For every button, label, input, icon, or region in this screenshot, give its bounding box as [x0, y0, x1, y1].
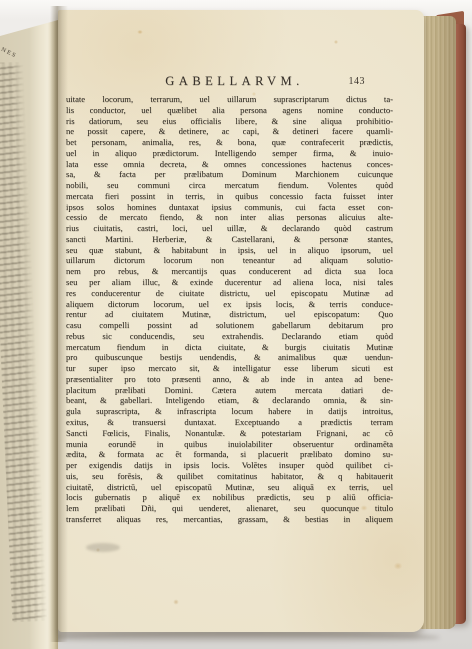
- text-line: Sancti Fœlicis, Finalis, Nonantulæ. & po…: [66, 428, 393, 439]
- text-line: gula suprascripta, & infrascripta locum …: [66, 406, 393, 417]
- text-line: sancti Martini. Herberiæ, & Castellarani…: [66, 234, 393, 245]
- text-line: pro quibuscunque bestijs uendendis, & an…: [66, 352, 393, 363]
- text-line: tur super ipso mercato sit, & intelligat…: [66, 363, 393, 374]
- text-line: lis conductor, uel quælibet alia persona…: [66, 105, 393, 116]
- book-photograph: { "book_photo": { "left_page_visible_tex…: [0, 0, 472, 649]
- ink-smudge: [86, 543, 120, 552]
- text-line: uel in aliquo prædictorum. Intelligendo …: [66, 148, 393, 159]
- text-line: locis gubernatis p aliquē ex nobilibus p…: [66, 492, 393, 503]
- text-line: uitate locorum, terrarum, uel uillarum s…: [66, 94, 393, 105]
- left-page-header-fragment: NES: [0, 46, 18, 60]
- text-line: res conducerentur de ciuitate districtu,…: [66, 288, 393, 299]
- text-line: lem prælibati Dñi, qui uenderet, alienar…: [66, 503, 393, 514]
- text-line: ris datiorum, seu eius officialis libere…: [66, 116, 393, 127]
- text-line: uillarum dictorum locorum non teneantur …: [66, 255, 393, 266]
- text-line: nobili, seu communi circa mercatum fiend…: [66, 180, 393, 191]
- text-line: præsentialiter pro toto præsenti anno, &…: [66, 374, 393, 385]
- text-line: transferret aliquas res, mercantias, gra…: [66, 514, 393, 525]
- text-line: ædita, & formata ac ēt formanda, si plac…: [66, 449, 393, 460]
- text-line: seu quæ stabunt, & habitabunt in ipsis, …: [66, 245, 393, 256]
- text-line: bet personam, animalia, res, & bona, quæ…: [66, 137, 393, 148]
- text-line: uis, seu forēsis, & quilibet comitatinus…: [66, 471, 393, 482]
- text-line: lata esse omnia decreta, & omnes concess…: [66, 159, 393, 170]
- text-line: ipsos solos homines duntaxat ipsius comm…: [66, 202, 393, 213]
- page-number: 143: [349, 76, 366, 87]
- page-header: GABELLARVM. 143: [66, 74, 393, 88]
- text-line: aliquem dictorum locorum, uel ex ipsis l…: [66, 299, 393, 310]
- text-line: nem pro rebus, & mercantijs quas conduce…: [66, 266, 393, 277]
- text-line: cessio de mercato fiendo, & non inter al…: [66, 212, 393, 223]
- text-line: placitum prælibati Domini. Cætera autem …: [66, 385, 393, 396]
- text-line: exitus, & transuersi duntaxat. Exceptuan…: [66, 417, 393, 428]
- left-page-compressed-text: [0, 61, 49, 622]
- body-text: uitate locorum, terrarum, uel uillarum s…: [66, 94, 393, 525]
- running-title: GABELLARVM.: [66, 74, 393, 89]
- left-facing-page: NES: [0, 20, 58, 649]
- text-line: munia eorundē in quibus inuiolabiliter o…: [66, 439, 393, 450]
- text-line: rius ciuitatis, castri, loci, uel uillæ,…: [66, 223, 393, 234]
- text-line: mercata fieri possint in terris, in quib…: [66, 191, 393, 202]
- book-shadow: [40, 631, 440, 644]
- book-fore-edge-pages: [420, 16, 456, 629]
- text-line: casu compelli possint ad solutionem gabe…: [66, 320, 393, 331]
- text-line: rentur ad ciuitatem Mutinæ, districtum, …: [66, 309, 393, 320]
- text-line: ciuitatē, districtū, uel episcopatū Muti…: [66, 482, 393, 493]
- book-page: GABELLARVM. 143 uitate locorum, terrarum…: [58, 10, 424, 632]
- text-line: rebus sic conducendis, seu extrahendis. …: [66, 331, 393, 342]
- text-line: beant, & gabellari. Inteligendo etiam, &…: [66, 395, 393, 406]
- text-line: per exigendis datijs in ipsis locis. Vol…: [66, 460, 393, 471]
- text-line: seu per aliam illuc, & exinde ducerentur…: [66, 277, 393, 288]
- text-line: mercatum fiendum in dicta ciuitate, & bu…: [66, 342, 393, 353]
- text-line: sa, & facta per prælibatum Dominum March…: [66, 169, 393, 180]
- text-line: ne possit capere, & detinere, ac capi, &…: [66, 126, 393, 137]
